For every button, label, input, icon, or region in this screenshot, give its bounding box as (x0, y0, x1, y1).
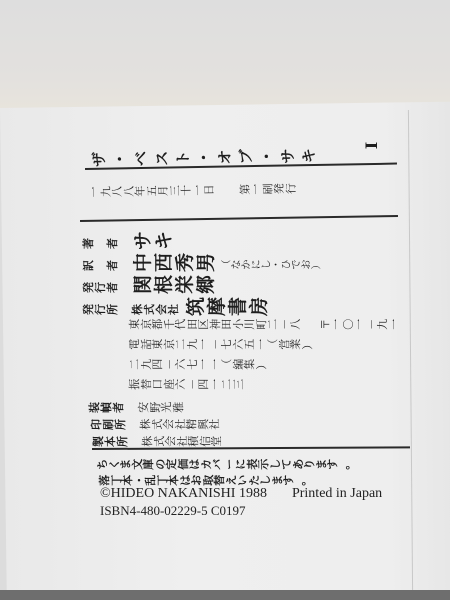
publisher-row: 発行所 株式会社 筑摩書房 (82, 292, 268, 319)
volume-number: I (368, 136, 375, 155)
book-title-row: ザ・ベスト・オブ・サキ (88, 142, 320, 167)
publisher-name: 筑摩書房 (184, 296, 268, 318)
production-role: 製本所 (92, 433, 136, 449)
credit-reading: （なかにし・ひでお） (220, 261, 320, 272)
publisher-role: 発行所 (82, 301, 126, 317)
publisher-company-prefix: 株式会社 (131, 303, 179, 316)
page-bottom-edge (0, 590, 450, 600)
publisher-phone-editorial: 二九四－六七一一（編集） (128, 356, 266, 372)
copyright: ©HIDEO NAKANISHI 1988 (100, 486, 267, 501)
book-title: ザ・ベスト・オブ・サキ (88, 144, 319, 166)
publication-date: 一九八八年五月三十一日 (88, 184, 215, 199)
edition: 第一刷発行 (238, 182, 296, 196)
production-binder: 製本所 株式会社積信堂 (92, 430, 222, 449)
publisher-phone-sales: 電話東京二九一－七六五一（営業） (128, 336, 312, 352)
publisher-postal-code: 〒一〇一－九一 (319, 318, 400, 331)
publisher-address-row: 東京都千代田区神田小川町二－八 〒一〇一－九一 (128, 316, 399, 332)
publisher-address: 東京都千代田区神田小川町二－八 (128, 318, 301, 331)
isbn: ISBN4-480-02229-5 C0197 (100, 503, 246, 519)
printed-in: Printed in Japan (292, 486, 382, 501)
background-surface (0, 0, 450, 112)
production-name: 株式会社積信堂 (141, 435, 222, 448)
notice-price: ちくま文庫の定価はカバーに表示してあります。 (96, 456, 349, 472)
copyright-row: ©HIDEO NAKANISHI 1988 Printed in Japan (100, 486, 382, 502)
publisher-transfer-account: 振替口座六－四一二三 (128, 376, 243, 392)
